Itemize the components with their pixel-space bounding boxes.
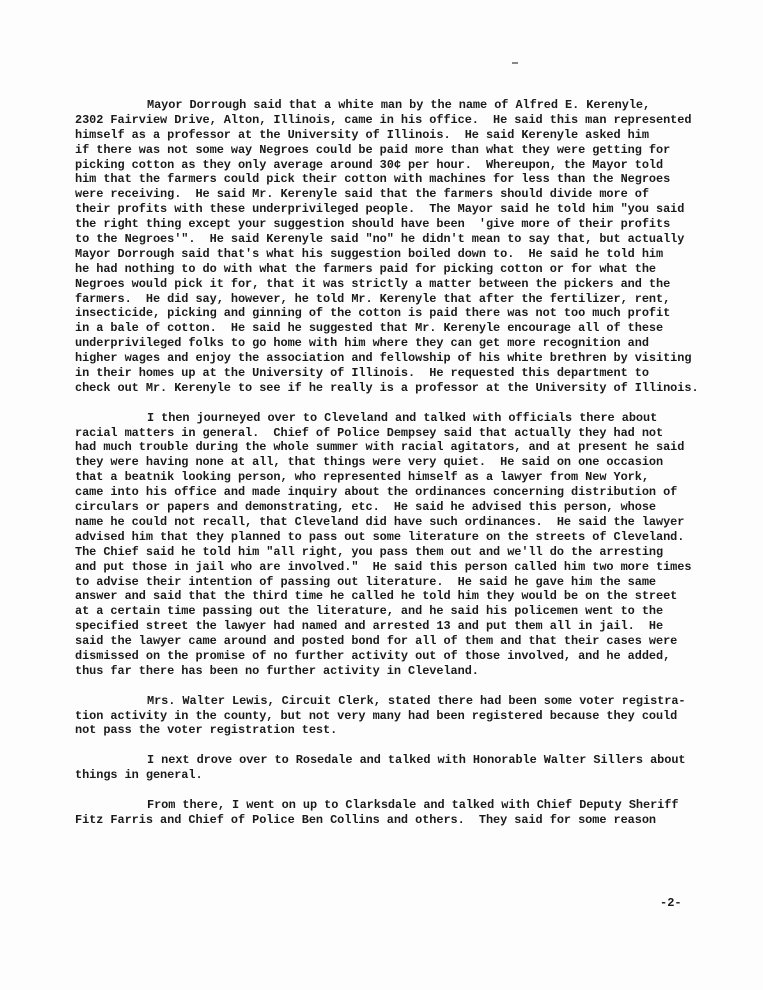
- text-line: farmers. He did say, however, he told Mr…: [75, 292, 755, 307]
- page-number: -2-: [660, 896, 682, 910]
- text-line: racial matters in general. Chief of Poli…: [75, 426, 755, 441]
- text-line: came into his office and made inquiry ab…: [75, 485, 755, 500]
- text-line: not pass the voter registration test.: [75, 723, 755, 738]
- paragraph-spacer: [75, 396, 755, 411]
- text-line: higher wages and enjoy the association a…: [75, 351, 755, 366]
- text-line: 2302 Fairview Drive, Alton, Illinois, ca…: [75, 113, 755, 128]
- text-line: From there, I went on up to Clarksdale a…: [75, 798, 755, 813]
- text-line: him that the farmers could pick their co…: [75, 172, 755, 187]
- text-line: Mayor Dorrough said that a white man by …: [75, 98, 755, 113]
- paragraph-circuit-clerk: Mrs. Walter Lewis, Circuit Clerk, stated…: [75, 694, 755, 739]
- scan-artifact-mark: [512, 62, 518, 64]
- text-line: tion activity in the county, but not ver…: [75, 709, 755, 724]
- text-line: specified street the lawyer had named an…: [75, 619, 755, 634]
- text-line: underprivileged folks to go home with hi…: [75, 336, 755, 351]
- text-line: name he could not recall, that Cleveland…: [75, 515, 755, 530]
- paragraph-clarksdale: From there, I went on up to Clarksdale a…: [75, 798, 755, 828]
- text-line: advised him that they planned to pass ou…: [75, 530, 755, 545]
- paragraph-spacer: [75, 738, 755, 753]
- text-line: picking cotton as they only average arou…: [75, 158, 755, 173]
- paragraph-spacer: [75, 679, 755, 694]
- text-line: dismissed on the promise of no further a…: [75, 649, 755, 664]
- text-line: Negroes would pick it for, that it was s…: [75, 277, 755, 292]
- paragraph-spacer: [75, 783, 755, 798]
- text-line: I then journeyed over to Cleveland and t…: [75, 411, 755, 426]
- text-line: that a beatnik looking person, who repre…: [75, 470, 755, 485]
- text-line: to advise their intention of passing out…: [75, 575, 755, 590]
- text-line: their profits with these underprivileged…: [75, 202, 755, 217]
- text-line: things in general.: [75, 768, 755, 783]
- text-line: the right thing except your suggestion s…: [75, 217, 755, 232]
- text-line: they were having none at all, that thing…: [75, 455, 755, 470]
- text-line: Mayor Dorrough said that's what his sugg…: [75, 247, 755, 262]
- paragraph-mayor-dorrough: Mayor Dorrough said that a white man by …: [75, 98, 755, 396]
- text-line: and put those in jail who are involved."…: [75, 560, 755, 575]
- text-line: he had nothing to do with what the farme…: [75, 262, 755, 277]
- text-line: I next drove over to Rosedale and talked…: [75, 753, 755, 768]
- text-line: said the lawyer came around and posted b…: [75, 634, 755, 649]
- text-line: himself as a professor at the University…: [75, 128, 755, 143]
- text-line: The Chief said he told him "all right, y…: [75, 545, 755, 560]
- text-line: answer and said that the third time he c…: [75, 589, 755, 604]
- text-line: had much trouble during the whole summer…: [75, 440, 755, 455]
- text-line: Fitz Farris and Chief of Police Ben Coll…: [75, 813, 755, 828]
- paragraph-rosedale: I next drove over to Rosedale and talked…: [75, 753, 755, 783]
- text-line: if there was not some way Negroes could …: [75, 143, 755, 158]
- text-line: Mrs. Walter Lewis, Circuit Clerk, stated…: [75, 694, 755, 709]
- text-line: circulars or papers and demonstrating, e…: [75, 500, 755, 515]
- text-line: at a certain time passing out the litera…: [75, 604, 755, 619]
- text-line: in their homes up at the University of I…: [75, 366, 755, 381]
- text-line: check out Mr. Kerenyle to see if he real…: [75, 381, 755, 396]
- paragraph-cleveland: I then journeyed over to Cleveland and t…: [75, 411, 755, 679]
- text-line: thus far there has been no further activ…: [75, 664, 755, 679]
- text-line: insecticide, picking and ginning of the …: [75, 306, 755, 321]
- text-line: in a bale of cotton. He said he suggeste…: [75, 321, 755, 336]
- document-body: Mayor Dorrough said that a white man by …: [75, 98, 755, 828]
- text-line: were receiving. He said Mr. Kerenyle sai…: [75, 187, 755, 202]
- document-page: Mayor Dorrough said that a white man by …: [0, 0, 763, 990]
- text-line: to the Negroes'". He said Kerenyle said …: [75, 232, 755, 247]
